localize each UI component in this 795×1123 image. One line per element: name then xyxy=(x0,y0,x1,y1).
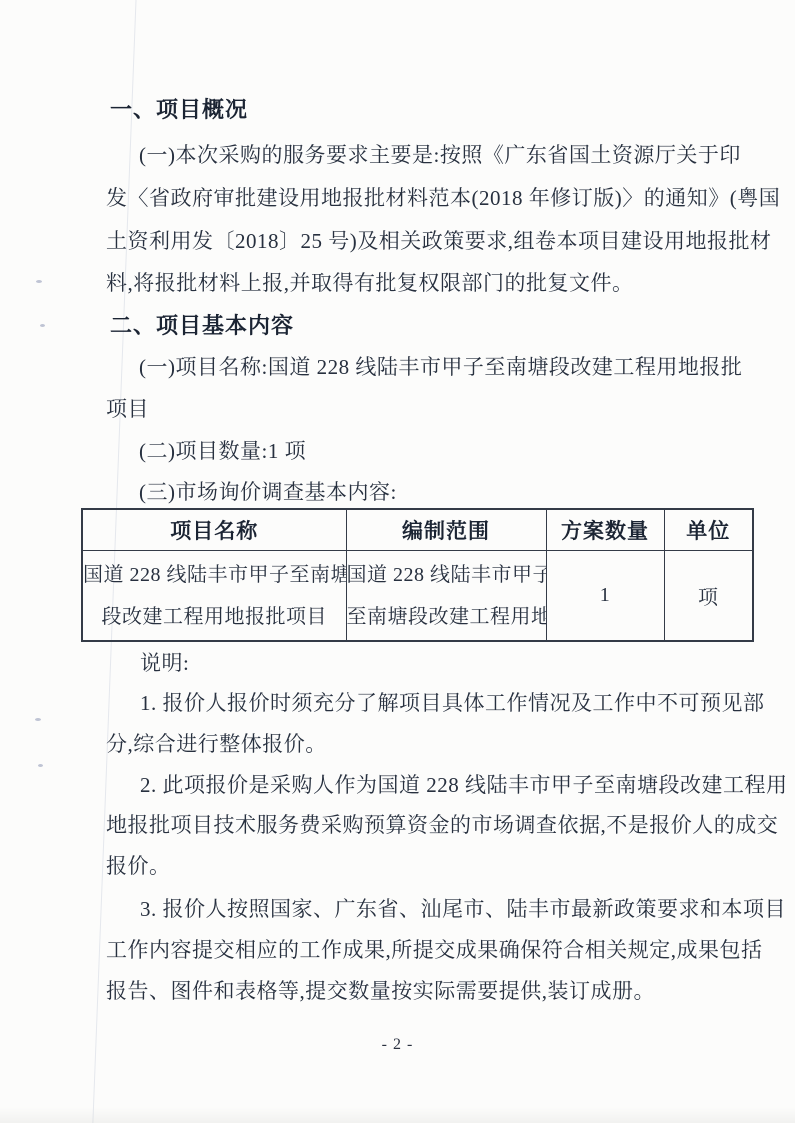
cell-plan-quantity: 1 xyxy=(546,551,664,642)
note2-line: 2. 此项报价是采购人作为国道 228 线陆丰市甲子至南塘段改建工程用 xyxy=(140,772,788,799)
cell-unit: 项 xyxy=(664,551,753,642)
note3-line: 报告、图件和表格等,提交数量按实际需要提供,装订成册。 xyxy=(106,978,655,1005)
cell-scope-line: 国道 228 线陆丰市甲子 xyxy=(347,554,546,596)
cell-project-name-line: 国道 228 线陆丰市甲子至南塘 xyxy=(83,554,346,596)
note2-line: 报价。 xyxy=(106,853,171,880)
section1-heading: 一、项目概况 xyxy=(110,96,248,123)
table-header-unit: 单位 xyxy=(664,509,753,551)
section1-paragraph-line: 土资利用发〔2018〕25 号)及相关政策要求,组卷本项目建设用地报批材 xyxy=(106,228,772,255)
section2-item2: (二)项目数量:1 项 xyxy=(139,438,306,465)
scan-speck xyxy=(35,718,41,721)
scan-speck xyxy=(38,764,43,767)
cell-project-name: 国道 228 线陆丰市甲子至南塘 段改建工程用地报批项目 xyxy=(82,551,346,642)
note1-line: 分,综合进行整体报价。 xyxy=(106,731,327,758)
scan-speck xyxy=(40,324,45,327)
note1-line: 1. 报价人报价时须充分了解项目具体工作情况及工作中不可预见部 xyxy=(140,690,765,717)
section2-item3: (三)市场询价调查基本内容: xyxy=(139,479,397,506)
section1-paragraph-line: (一)本次采购的服务要求主要是:按照《广东省国土资源厅关于印 xyxy=(139,142,741,169)
table-header-plan-quantity: 方案数量 xyxy=(546,509,664,551)
section2-item1-line: 项目 xyxy=(106,396,149,423)
table-row: 国道 228 线陆丰市甲子至南塘 段改建工程用地报批项目 国道 228 线陆丰市… xyxy=(82,551,753,642)
section2-item1-line: (一)项目名称:国道 228 线陆丰市甲子至南塘段改建工程用地报批 xyxy=(139,354,742,381)
note3-line: 工作内容提交相应的工作成果,所提交成果确保符合相关规定,成果包括 xyxy=(106,937,763,964)
table-header-row: 项目名称 编制范围 方案数量 单位 xyxy=(82,509,753,551)
table-header-project-name: 项目名称 xyxy=(82,509,346,551)
cell-project-name-line: 段改建工程用地报批项目 xyxy=(83,596,346,638)
cell-scope-line: 至南塘段改建工程用地 xyxy=(347,596,546,638)
notes-label: 说明: xyxy=(140,650,189,677)
table-header-scope: 编制范围 xyxy=(346,509,546,551)
page-number: - 2 - xyxy=(0,1036,795,1054)
section2-heading: 二、项目基本内容 xyxy=(110,312,294,339)
cell-scope: 国道 228 线陆丰市甲子 至南塘段改建工程用地 xyxy=(346,551,546,642)
scan-speck xyxy=(36,280,42,283)
section1-paragraph-line: 发〈省政府审批建设用地报批材料范本(2018 年修订版)〉的通知》(粤国 xyxy=(106,185,780,212)
scanned-document-page: 一、项目概况 (一)本次采购的服务要求主要是:按照《广东省国土资源厅关于印 发〈… xyxy=(0,0,795,1123)
note3-line: 3. 报价人按照国家、广东省、汕尾市、陆丰市最新政策要求和本项目 xyxy=(140,896,786,923)
section1-paragraph-line: 料,将报批材料上报,并取得有批复权限部门的批复文件。 xyxy=(106,270,634,297)
inquiry-table: 项目名称 编制范围 方案数量 单位 国道 228 线陆丰市甲子至南塘 段改建工程… xyxy=(81,508,754,642)
note2-line: 地报批项目技术服务费采购预算资金的市场调查依据,不是报价人的成交 xyxy=(106,812,778,839)
